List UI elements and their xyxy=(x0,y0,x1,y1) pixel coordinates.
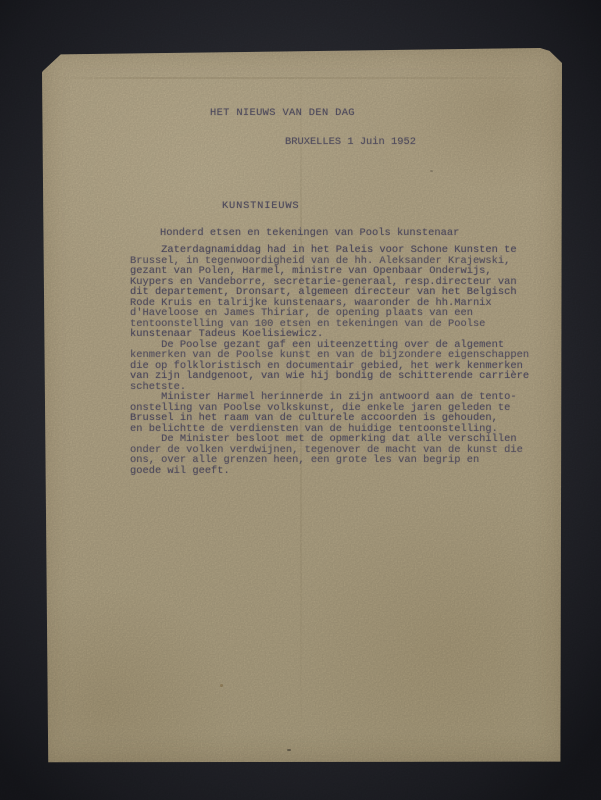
ink-speck xyxy=(287,749,291,751)
text-line-p1-l5: dit departement, Dronsart, algemeen dire… xyxy=(130,287,540,298)
text-line-p2-l2: kenmerken van de Poolse kunst en van de … xyxy=(130,350,540,361)
text-line-p2-l4: van zijn landgenoot, van wie hij bondig … xyxy=(130,371,540,382)
text-line-p4-l3: ons, over alle grenzen heen, een grote l… xyxy=(130,455,540,466)
paper-crease-horizontal xyxy=(42,77,562,79)
text-line-p1-l7: d'Haveloose en James Thiriar, de opening… xyxy=(130,308,540,319)
ink-speck xyxy=(430,170,433,172)
dateline: BRUXELLES 1 Juin 1952 xyxy=(285,137,416,148)
paper-stain-dot xyxy=(220,684,223,687)
headline: Honderd etsen en tekeningen van Pools ku… xyxy=(160,228,459,239)
text-line-p4-l1: De Minister besloot met de opmerking dat… xyxy=(130,434,540,445)
document-page: HET NIEUWS VAN DEN DAG BRUXELLES 1 Juin … xyxy=(42,48,562,763)
text-line-p3-l3: Brussel in het raam van de culturele acc… xyxy=(130,413,540,424)
section-heading: KUNSTNIEUWS xyxy=(222,201,299,212)
text-line-p1-l1: Zaterdagnamiddag had in het Paleis voor … xyxy=(130,245,540,256)
text-line-p3-l1: Minister Harmel herinnerde in zijn antwo… xyxy=(130,392,540,403)
text-line-p1-l3: gezant van Polen, Harmel, ministre van O… xyxy=(130,266,540,277)
article-body: Zaterdagnamiddag had in het Paleis voor … xyxy=(130,245,540,476)
text-line-p4-l4: goede wil geeft. xyxy=(130,466,540,477)
publication-title: HET NIEUWS VAN DEN DAG xyxy=(210,108,355,119)
text-line-p1-l9: kunstenaar Tadeus Koelisiewicz. xyxy=(130,329,540,340)
scan-background: HET NIEUWS VAN DEN DAG BRUXELLES 1 Juin … xyxy=(0,0,601,800)
